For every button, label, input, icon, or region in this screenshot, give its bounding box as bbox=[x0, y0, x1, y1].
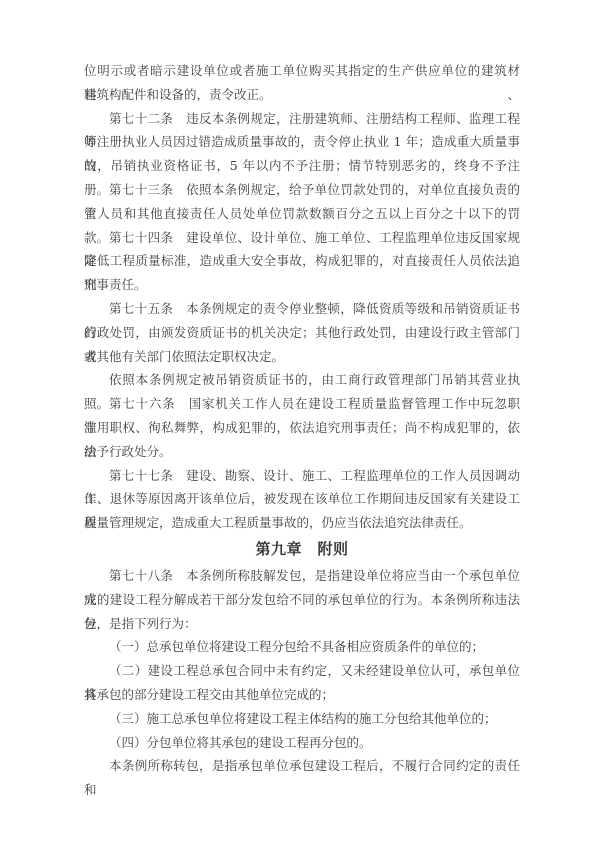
text-line: 给予行政处分。 bbox=[84, 440, 520, 464]
text-line: 依照本条例规定被吊销资质证书的，由工商行政管理部门吊销其营业执照。 bbox=[84, 368, 520, 392]
text-line: 本条例所称转包，是指承包单位承包建设工程后，不履行合同约定的责任和 bbox=[84, 754, 520, 778]
text-line: 其承包的部分建设工程交由其他单位完成的； bbox=[84, 683, 520, 707]
text-line: 成的建设工程分解成若干部分发包给不同的承包单位的行为。本条例所称违法分 bbox=[84, 588, 520, 612]
text-line: （一）总承包单位将建设工程分包给不具备相应资质条件的单位的； bbox=[84, 635, 520, 659]
text-line: 作、退休等原因离开该单位后，被发现在该单位工作期间违反国家有关建设工程 bbox=[84, 487, 520, 511]
text-line: （四）分包单位将其承包的建设工程再分包的。 bbox=[84, 731, 520, 755]
text-line: 降低工程质量标准，造成重大安全事故，构成犯罪的，对直接责任人员依法追究 bbox=[84, 249, 520, 273]
text-line: 第七十二条 违反本条例规定，注册建筑师、注册结构工程师、监理工程师 bbox=[84, 107, 520, 131]
text-line: 第七十三条 依照本条例规定，给予单位罚款处罚的，对单位直接负责的主 bbox=[84, 178, 520, 202]
text-line: 位明示或者暗示建设单位或者施工单位购买其指定的生产供应单位的建筑材料、 bbox=[84, 59, 520, 83]
text-line: 行政处罚，由颁发资质证书的机关决定；其他行政处罚，由建设行政主管部门或 bbox=[84, 321, 520, 345]
text-line: 的，吊销执业资格证书，5 年以内不予注册；情节特别恶劣的，终身不予注册。 bbox=[84, 154, 520, 178]
text-line: 管人员和其他直接责任人员处单位罚款数额百分之五以上百分之十以下的罚款。 bbox=[84, 202, 520, 226]
chapter-heading: 第九章 附则 bbox=[84, 535, 520, 564]
text-line: 刑事责任。 bbox=[84, 273, 520, 297]
text-line: （二）建设工程总承包合同中未有约定，又未经建设单位认可，承包单位将 bbox=[84, 659, 520, 683]
text-line: 第七十五条 本条例规定的责令停业整顿，降低资质等级和吊销资质证书的 bbox=[84, 297, 520, 321]
text-line: 等注册执业人员因过错造成质量事故的，责令停止执业 1 年；造成重大质量事故 bbox=[84, 130, 520, 154]
text-line: 第七十六条 国家机关工作人员在建设工程质量监督管理工作中玩忽职守、 bbox=[84, 392, 520, 416]
document-page: 位明示或者暗示建设单位或者施工单位购买其指定的生产供应单位的建筑材料、建筑构配件… bbox=[0, 0, 600, 848]
text-line: 滥用职权、徇私舞弊，构成犯罪的，依法追究刑事责任；尚不构成犯罪的，依法 bbox=[84, 416, 520, 440]
text-line: 包，是指下列行为： bbox=[84, 612, 520, 636]
text-line: 质量管理规定，造成重大工程质量事故的，仍应当依法追究法律责任。 bbox=[84, 511, 520, 535]
text-line: 第七十四条 建设单位、设计单位、施工单位、工程监理单位违反国家规定， bbox=[84, 226, 520, 250]
text-line: 者其他有关部门依照法定职权决定。 bbox=[84, 345, 520, 369]
text-line: 第七十八条 本条例所称肢解发包，是指建设单位将应当由一个承包单位完 bbox=[84, 564, 520, 588]
document-body: 位明示或者暗示建设单位或者施工单位购买其指定的生产供应单位的建筑材料、建筑构配件… bbox=[84, 0, 520, 778]
text-line: （三）施工总承包单位将建设工程主体结构的施工分包给其他单位的； bbox=[84, 707, 520, 731]
text-line: 第七十七条 建设、勘察、设计、施工、工程监理单位的工作人员因调动工 bbox=[84, 464, 520, 488]
